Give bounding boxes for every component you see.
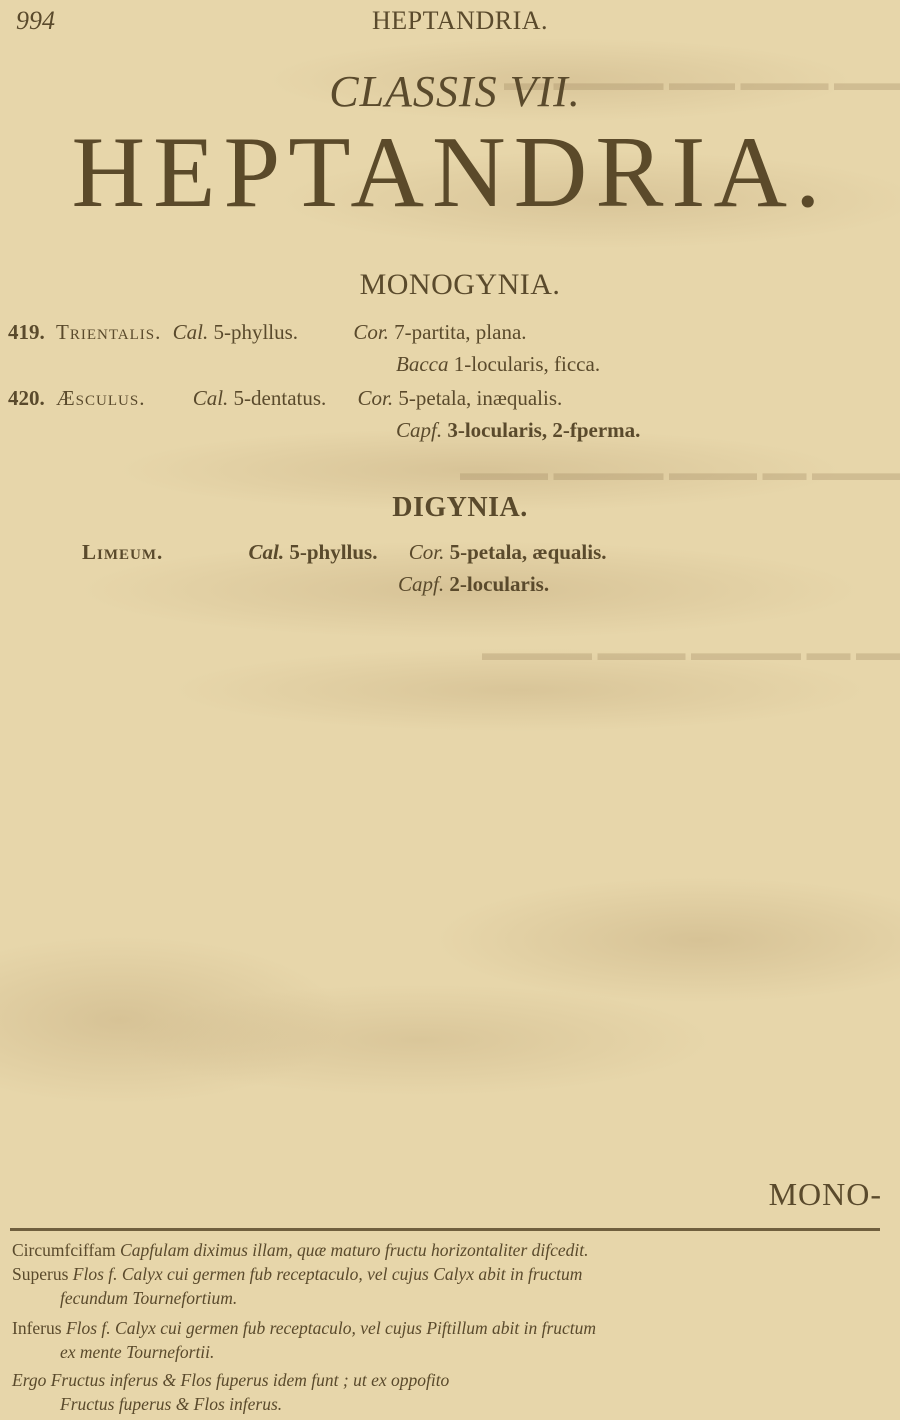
footnote-lead: Ergo bbox=[12, 1370, 46, 1390]
footnote-superus: Superus Flos f. Calyx cui germen fub rec… bbox=[12, 1264, 582, 1285]
fruit-label: Capf. bbox=[398, 572, 444, 596]
entry-number: 420. bbox=[8, 386, 45, 410]
corolla-label: Cor. bbox=[409, 540, 445, 564]
entry-number: 419. bbox=[8, 320, 45, 344]
calyx-label: Cal. bbox=[193, 386, 229, 410]
genus-name: Æsculus. bbox=[56, 386, 145, 410]
fruit-desc: 2-locularis. bbox=[449, 572, 549, 596]
book-page: 994 HEPTANDRIA. CLASSIS VII. HEPTANDRIA.… bbox=[0, 0, 900, 1420]
footnote-inferus-cont: ex mente Tournefortii. bbox=[60, 1342, 214, 1363]
footnote-continuation: ex mente Tournefortii. bbox=[60, 1342, 214, 1362]
corolla-label: Cor. bbox=[358, 386, 394, 410]
genus-name: Trientalis. bbox=[56, 320, 161, 344]
section-heading-digynia: DIGYNIA. bbox=[0, 492, 900, 524]
footnote-ergo-cont: Fructus fuperus & Flos inferus. bbox=[60, 1394, 282, 1415]
page-title: HEPTANDRIA. bbox=[0, 122, 900, 224]
footnote-text: Fructus inferus & Flos fuperus idem funt… bbox=[51, 1370, 450, 1390]
footnote-continuation: fecundum Tournefortium. bbox=[60, 1288, 237, 1308]
fruit-label: Capf. bbox=[396, 418, 442, 442]
entry-trientalis-fruit: Bacca 1-locularis, ficca. bbox=[396, 352, 600, 377]
footnote-continuation: Fructus fuperus & Flos inferus. bbox=[60, 1394, 282, 1414]
calyx-label: Cal. bbox=[249, 540, 285, 564]
footnote-lead: Circumfciffam bbox=[12, 1240, 116, 1260]
corolla-label: Cor. bbox=[353, 320, 389, 344]
footnote-rule bbox=[10, 1228, 880, 1231]
footnote-lead: Superus bbox=[12, 1264, 68, 1284]
section-heading-monogynia: MONOGYNIA. bbox=[0, 268, 900, 302]
footnote-text: Flos f. Calyx cui germen fub receptaculo… bbox=[73, 1264, 583, 1284]
calyx-desc: 5-phyllus. bbox=[213, 320, 298, 344]
corolla-desc: 7-partita, plana. bbox=[394, 320, 526, 344]
footnote-lead: Inferus bbox=[12, 1318, 62, 1338]
entry-trientalis: 419. Trientalis. Cal. 5-phyllus. Cor. 7-… bbox=[8, 320, 527, 345]
footnote-inferus: Inferus Flos f. Calyx cui germen fub rec… bbox=[12, 1318, 596, 1339]
fruit-desc: 3-locularis, 2-fperma. bbox=[447, 418, 640, 442]
entry-limeum-fruit: Capf. 2-locularis. bbox=[398, 572, 549, 597]
entry-aesculus: 420. Æsculus. Cal. 5-dentatus. Cor. 5-pe… bbox=[8, 386, 562, 411]
calyx-desc: 5-dentatus. bbox=[234, 386, 327, 410]
entry-aesculus-fruit: Capf. 3-locularis, 2-fperma. bbox=[396, 418, 640, 443]
fruit-label: Bacca bbox=[396, 352, 448, 376]
entry-limeum: Limeum. Cal. 5-phyllus. Cor. 5-petala, æ… bbox=[82, 540, 607, 565]
calyx-desc: 5-phyllus. bbox=[289, 540, 377, 564]
corolla-desc: 5-petala, inæqualis. bbox=[398, 386, 562, 410]
genus-name: Limeum. bbox=[82, 540, 163, 564]
footnote-superus-cont: fecundum Tournefortium. bbox=[60, 1288, 237, 1309]
footnote-text: Flos f. Calyx cui germen fub receptaculo… bbox=[66, 1318, 596, 1338]
corolla-desc: 5-petala, æqualis. bbox=[450, 540, 607, 564]
calyx-label: Cal. bbox=[173, 320, 209, 344]
footnote-circumscissa: Circumfciffam Capfulam diximus illam, qu… bbox=[12, 1240, 589, 1261]
fruit-desc: 1-locularis, ficca. bbox=[454, 352, 600, 376]
catchword: MONO- bbox=[769, 1176, 882, 1213]
running-head: HEPTANDRIA. bbox=[0, 6, 900, 36]
class-heading: CLASSIS VII. bbox=[0, 66, 900, 117]
footnote-ergo: Ergo Fructus inferus & Flos fuperus idem… bbox=[12, 1370, 449, 1391]
footnote-text: Capfulam diximus illam, quæ maturo fruct… bbox=[120, 1240, 588, 1260]
